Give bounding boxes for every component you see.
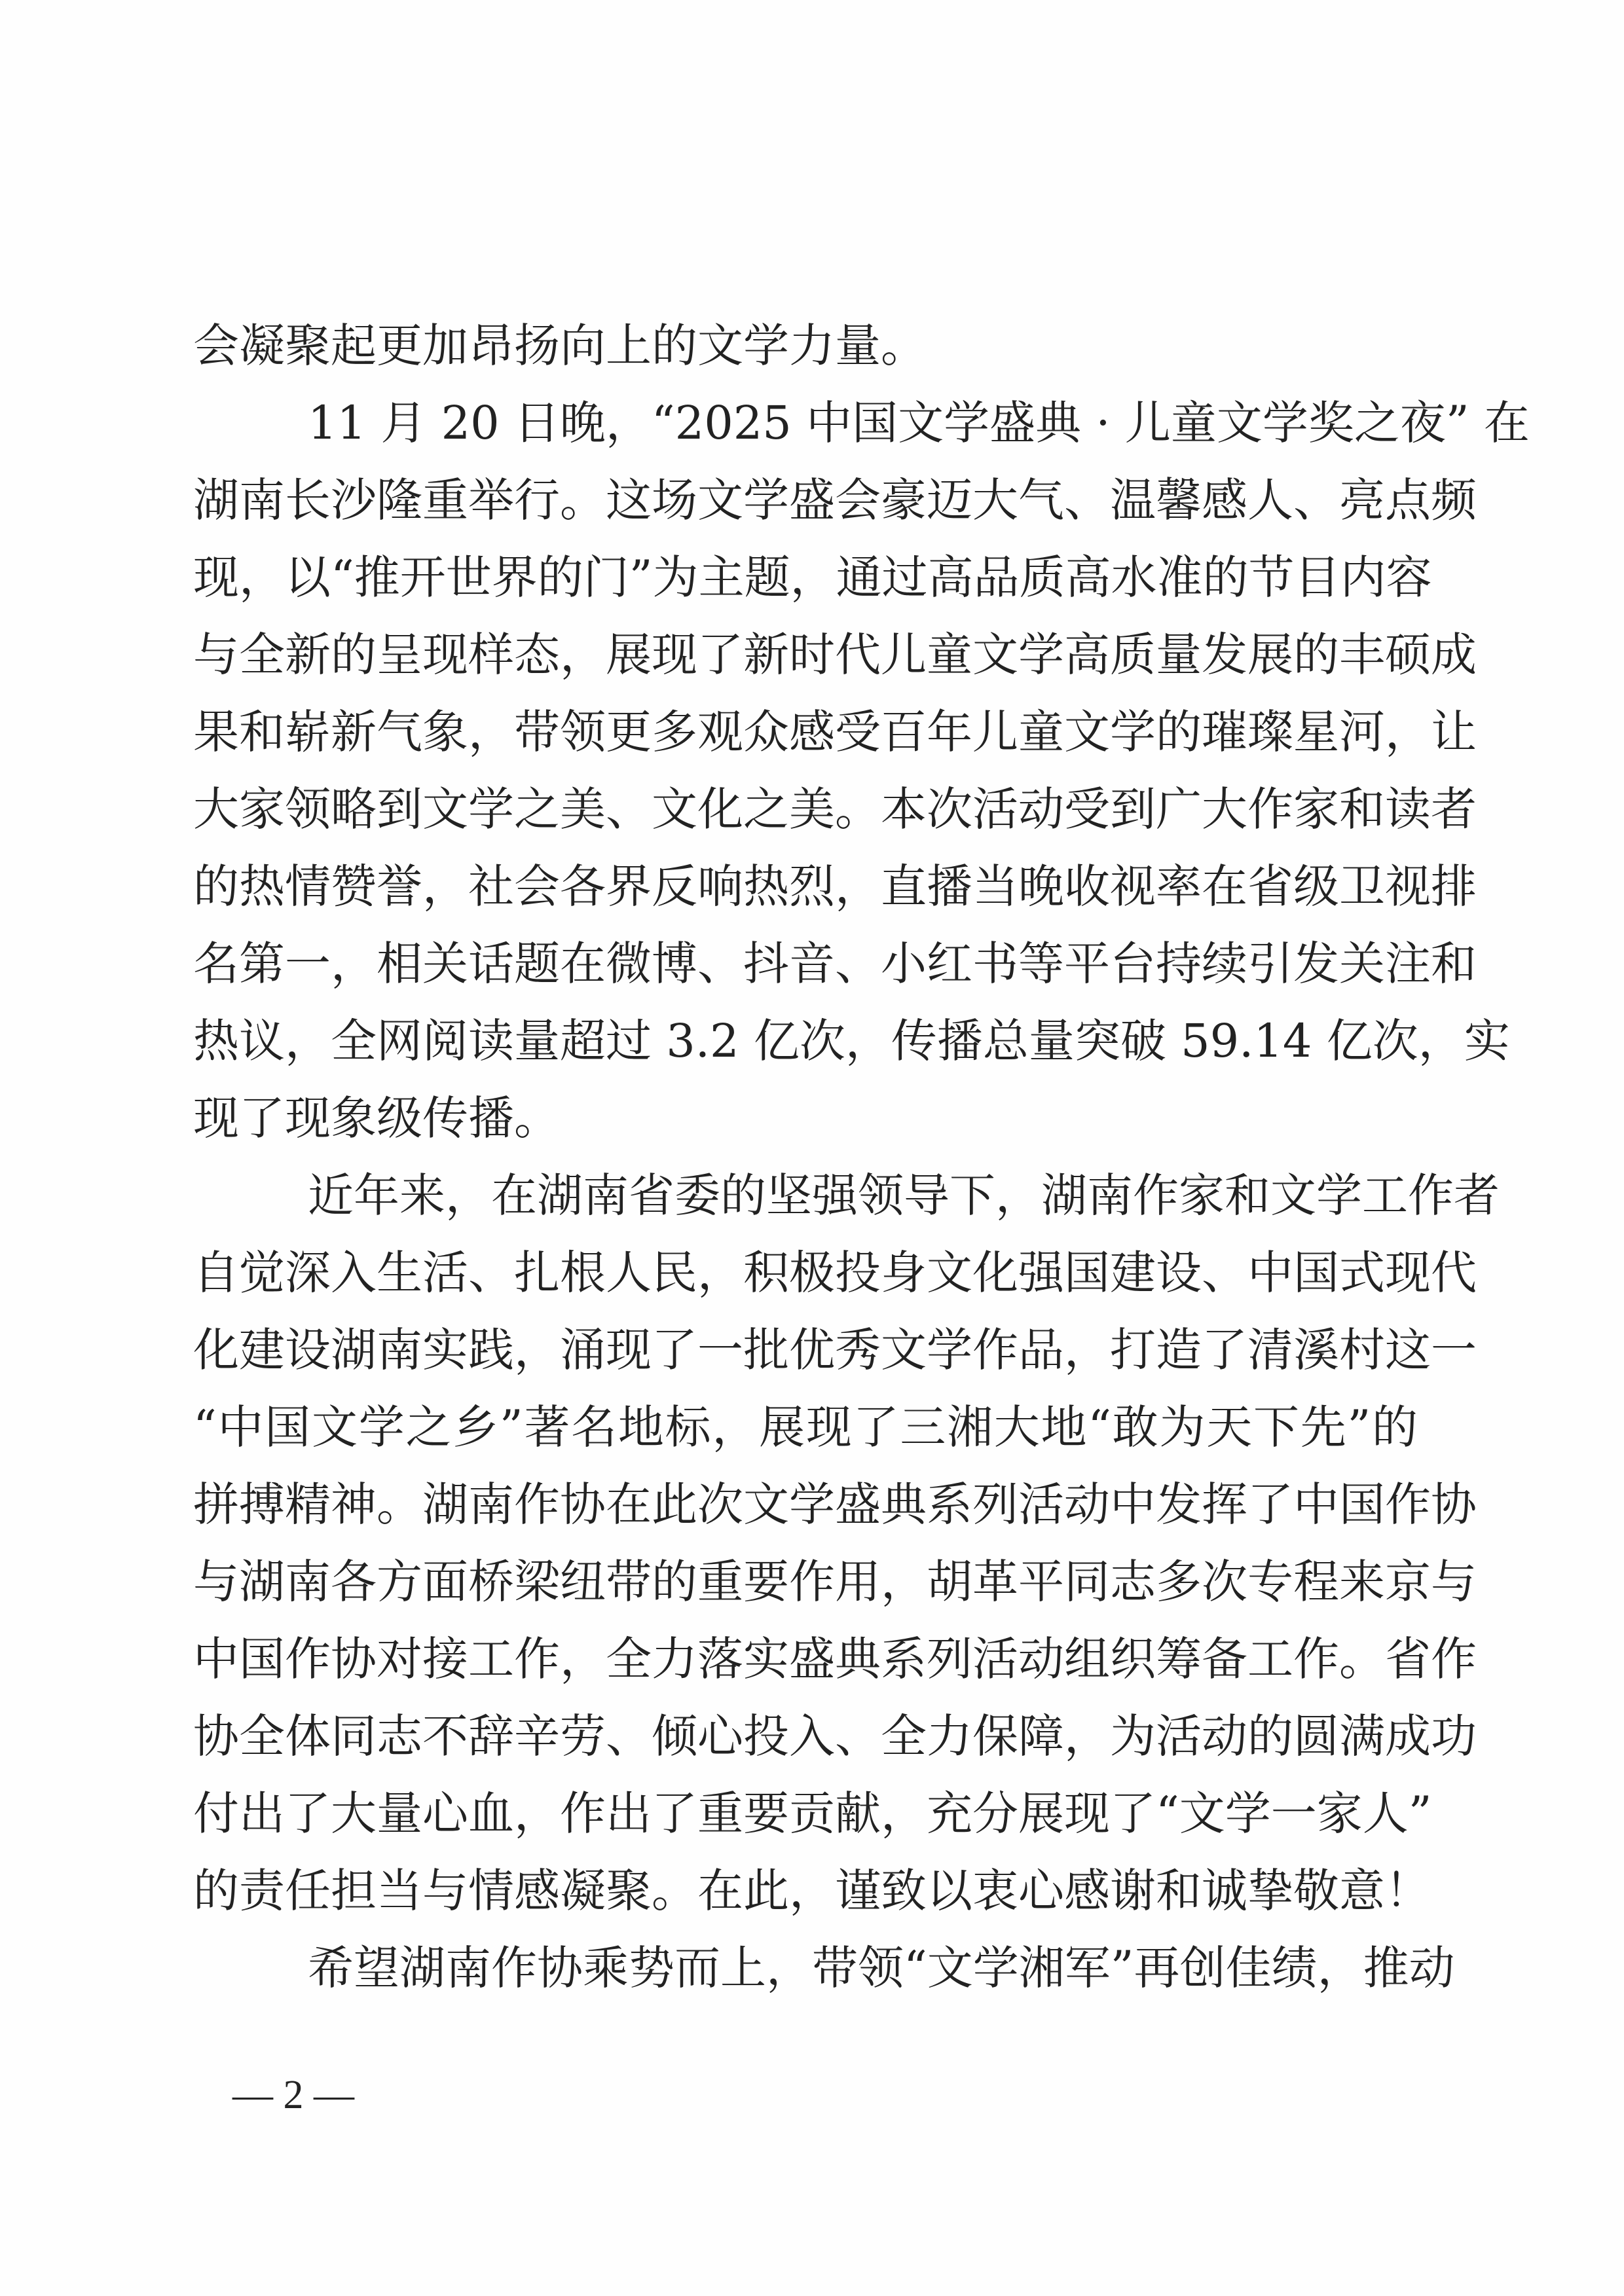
paragraph-3-line-7: 中国作协对接工作，全力落实盛典系列活动组织筹备工作。省作 — [193, 1626, 1418, 1692]
paragraph-3-line-10: 的责任担当与情感凝聚。在此，谨致以衷心感谢和诚挚敬意！ — [193, 1858, 1418, 1923]
paragraph-3-line-9: 付出了大量心血，作出了重要贡献，充分展现了“文学一家人” — [193, 1781, 1418, 1846]
paragraph-1-line-1: 会凝聚起更加昂扬向上的文学力量。 — [193, 313, 1418, 378]
paragraph-3-line-2: 自觉深入生活、扎根人民，积极投身文化强国建设、中国式现代 — [193, 1240, 1418, 1305]
paragraph-2-line-3: 现，以“推开世界的门”为主题，通过高品质高水准的节目内容 — [193, 545, 1418, 610]
paragraph-3-line-6: 与湖南各方面桥梁纽带的重要作用，胡革平同志多次专程来京与 — [193, 1549, 1418, 1614]
paragraph-2-line-8: 名第一，相关话题在微博、抖音、小红书等平台持续引发关注和 — [193, 931, 1418, 996]
paragraph-2-line-2: 湖南长沙隆重举行。这场文学盛会豪迈大气、温馨感人、亮点频 — [193, 467, 1418, 533]
paragraph-2-line-7: 的热情赞誉，社会各界反响热烈，直播当晚收视率在省级卫视排 — [193, 854, 1418, 919]
paragraph-2-line-1: 11 月 20 日晚，“2025 中国文学盛典 · 儿童文学奖之夜” 在 — [308, 390, 1418, 456]
paragraph-4-line-1: 希望湖南作协乘势而上，带领“文学湘军”再创佳绩，推动 — [308, 1935, 1418, 2001]
paragraph-2-line-5: 果和崭新气象，带领更多观众感受百年儿童文学的璀璨星河，让 — [193, 699, 1418, 765]
paragraph-3-line-3: 化建设湖南实践，涌现了一批优秀文学作品，打造了清溪村这一 — [193, 1317, 1418, 1383]
paragraph-2-line-4: 与全新的呈现样态，展现了新时代儿童文学高质量发展的丰硕成 — [193, 622, 1418, 687]
paragraph-3-line-5: 拼搏精神。湖南作协在此次文学盛典系列活动中发挥了中国作协 — [193, 1472, 1418, 1537]
page-number: — 2 — — [232, 2069, 354, 2121]
paragraph-2-line-6: 大家领略到文学之美、文化之美。本次活动受到广大作家和读者 — [193, 776, 1418, 842]
paragraph-3-line-8: 协全体同志不辞辛劳、倾心投入、全力保障，为活动的圆满成功 — [193, 1704, 1418, 1769]
paragraph-2-line-9: 热议，全网阅读量超过 3.2 亿次，传播总量突破 59.14 亿次，实 — [193, 1008, 1418, 1074]
paragraph-3-line-1: 近年来，在湖南省委的坚强领导下，湖南作家和文学工作者 — [308, 1163, 1418, 1228]
paragraph-2-line-10: 现了现象级传播。 — [193, 1085, 1418, 1151]
paragraph-3-line-4: “中国文学之乡”著名地标，展现了三湘大地“敢为天下先”的 — [193, 1394, 1418, 1460]
document-page: 会凝聚起更加昂扬向上的文学力量。 11 月 20 日晚，“2025 中国文学盛典… — [0, 0, 1624, 2296]
